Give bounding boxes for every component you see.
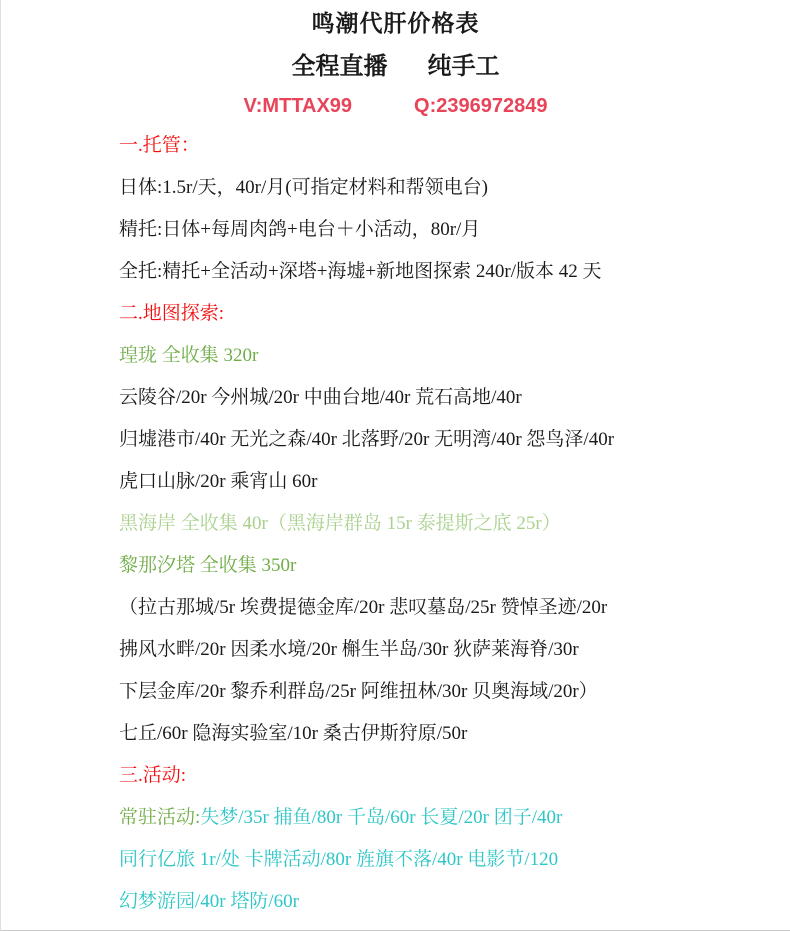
price-line-daily-care: 日体:1.5r/天，40r/月(可指定材料和帮领电台)	[119, 167, 750, 209]
price-line-rinascita-areas-4: 七丘/60r 隐海实验室/10r 桑古伊斯狩原/50r	[119, 713, 750, 755]
section-header-care: 一.托管：	[119, 125, 750, 167]
section-header-map-exploration: 二.地图探索:	[119, 293, 750, 335]
price-line-rinascita-areas-2: 拂风水畔/20r 因柔水境/20r 槲生半岛/30r 狄萨莱海脊/30r	[119, 629, 750, 671]
price-line-events-3: 幻梦游园/40r 塔防/60r	[119, 881, 750, 923]
page-subtitle: 全程直播 纯手工	[1, 53, 790, 81]
page-title: 鸣潮代肝价格表	[1, 0, 790, 37]
price-line-rinascita-full: 黎那汐塔 全收集 350r	[119, 545, 750, 587]
subtitle-live-stream: 全程直播	[292, 53, 388, 81]
price-line-huanglong-areas-3: 虎口山脉/20r 乘宵山 60r	[119, 461, 750, 503]
price-line-rinascita-areas-1: （拉古那城/5r 埃费提德金库/20r 悲叹墓岛/25r 赞悼圣迹/20r	[119, 587, 750, 629]
price-line-regular-events: 常驻活动:失梦/35r 捕鱼/80r 千岛/60r 长夏/20r 团子/40r	[119, 797, 750, 839]
price-line-huanglong-areas-2: 归墟港市/40r 无光之森/40r 北落野/20r 无明湾/40r 怨鸟泽/40…	[119, 419, 750, 461]
subtitle-handmade: 纯手工	[428, 53, 500, 81]
regular-events-prices: 失梦/35r 捕鱼/80r 千岛/60r 长夏/20r 团子/40r	[200, 807, 562, 828]
document-page: { "page": { "title": "鸣潮代肝价格表", "subtitl…	[0, 0, 790, 931]
wechat-id: V:MTTAX99	[244, 95, 353, 118]
price-line-huanglong-areas-1: 云陵谷/20r 今州城/20r 中曲台地/40r 荒石高地/40r	[119, 377, 750, 419]
qq-id: Q:2396972849	[414, 95, 547, 118]
price-line-full-care: 全托:精托+全活动+深塔+海墟+新地图探索 240r/版本 42 天	[119, 251, 750, 293]
price-line-events-2: 同行亿旅 1r/处 卡牌活动/80r 旌旗不落/40r 电影节/120	[119, 839, 750, 881]
price-line-black-shores: 黑海岸 全收集 40r（黑海岸群岛 15r 泰提斯之底 25r）	[119, 503, 750, 545]
section-header-events: 三.活动:	[119, 755, 750, 797]
contact-line: V:MTTAX99 Q:2396972849	[1, 95, 790, 118]
document-header: 鸣潮代肝价格表 全程直播 纯手工 V:MTTAX99 Q:2396972849	[1, 0, 790, 118]
price-line-premium-care: 精托:日体+每周肉鸽+电台＋小活动，80r/月	[119, 209, 750, 251]
price-list: 一.托管： 日体:1.5r/天，40r/月(可指定材料和帮领电台) 精托:日体+…	[1, 125, 790, 923]
price-line-huanglong-full: 瑝珑 全收集 320r	[119, 335, 750, 377]
price-line-rinascita-areas-3: 下层金库/20r 黎乔利群岛/25r 阿维扭林/30r 贝奥海域/20r）	[119, 671, 750, 713]
regular-events-label: 常驻活动:	[119, 807, 200, 828]
